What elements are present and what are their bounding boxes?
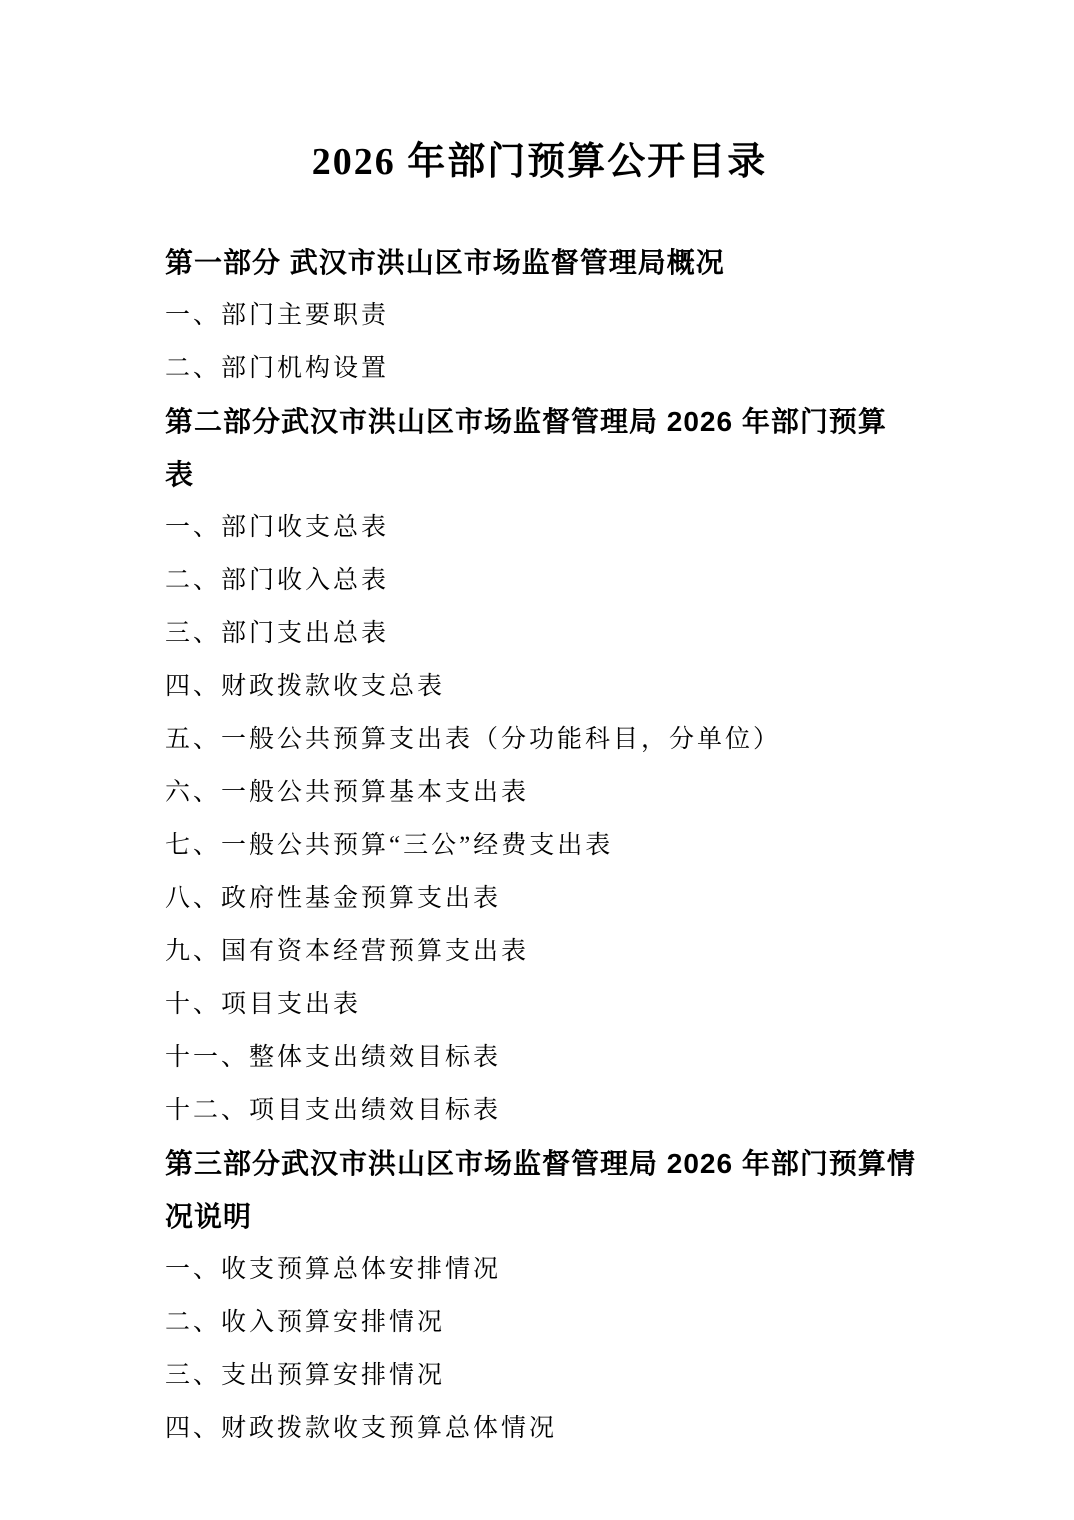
page-title: 2026 年部门预算公开目录 [165,132,914,192]
section-3-heading-line-2: 况说明 [165,1190,914,1243]
toc-item-general-public-budget-basic-expense: 六、一般公共预算基本支出表 [165,766,914,819]
toc-item-fiscal-appropriation-summary: 四、财政拨款收支总表 [165,660,914,713]
toc-item-overall-budget-arrangement: 一、收支预算总体安排情况 [165,1243,914,1296]
toc-item-project-expense: 十、项目支出表 [165,978,914,1031]
section-3-heading: 第三部分武汉市洪山区市场监督管理局 2026 年部门预算情 况说明 [165,1137,914,1243]
section-1-heading: 第一部分 武汉市洪山区市场监督管理局概况 [165,236,914,289]
section-2-heading: 第二部分武汉市洪山区市场监督管理局 2026 年部门预算表 [165,395,914,501]
toc-item-income-expense-summary: 一、部门收支总表 [165,501,914,554]
toc-item-income-summary: 二、部门收入总表 [165,554,914,607]
toc-item-government-fund-budget-expense: 八、政府性基金预算支出表 [165,872,914,925]
toc-item-overall-expense-performance-targets: 十一、整体支出绩效目标表 [165,1031,914,1084]
toc-item-project-expense-performance-targets: 十二、项目支出绩效目标表 [165,1084,914,1137]
toc-item-general-public-budget-expense: 五、一般公共预算支出表（分功能科目，分单位） [165,713,914,766]
toc-item-state-capital-budget-expense: 九、国有资本经营预算支出表 [165,925,914,978]
toc-item-department-structure: 二、部门机构设置 [165,342,914,395]
document-page: 2026 年部门预算公开目录 第一部分 武汉市洪山区市场监督管理局概况 一、部门… [0,0,1074,1520]
toc-item-expense-summary: 三、部门支出总表 [165,607,914,660]
toc-item-department-duties: 一、部门主要职责 [165,289,914,342]
toc-item-fiscal-appropriation-overall-situation: 四、财政拨款收支预算总体情况 [165,1402,914,1455]
section-3-heading-line-1: 第三部分武汉市洪山区市场监督管理局 2026 年部门预算情 [165,1137,914,1190]
toc-item-expense-budget-arrangement: 三、支出预算安排情况 [165,1349,914,1402]
toc-item-three-public-funds-expense: 七、一般公共预算“三公”经费支出表 [165,819,914,872]
toc-item-income-budget-arrangement: 二、收入预算安排情况 [165,1296,914,1349]
